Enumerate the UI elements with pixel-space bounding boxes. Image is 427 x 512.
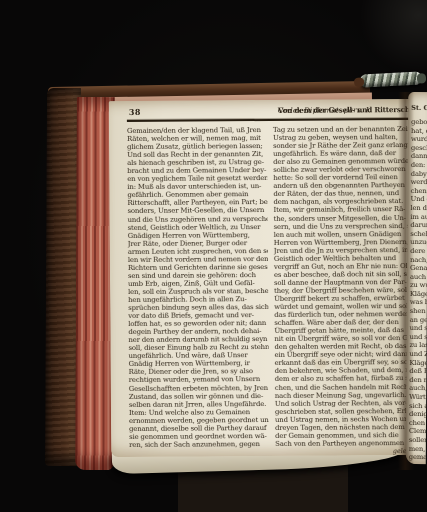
right-page-text-fragments: gebotten nhat, daß Zwurde, ogeschriebeda… xyxy=(409,118,427,462)
left-page: 38 Codex Diplomat. pars. I. Von dem der … xyxy=(109,99,419,457)
right-page-header-fragment: St. Geo xyxy=(411,104,427,112)
headband-endband xyxy=(360,71,423,87)
header-fraktur-part: Von dem der Gesell- und Ritterschafft xyxy=(278,105,419,115)
text-column-left: Gemainen/den der klagend Tail, uß JrenRä… xyxy=(127,126,269,451)
right-page-strip: St. Geo gebotten nhat, daß Zwurde, ogesc… xyxy=(406,92,427,464)
header-title: Codex Diplomat. pars. I. Von dem der Ges… xyxy=(149,105,407,107)
photo-open-antique-book: 38 Codex Diplomat. pars. I. Von dem der … xyxy=(0,0,427,512)
page-number: 38 xyxy=(129,107,141,117)
text-column-right: Tag zu setzen und an der benannten ZeitU… xyxy=(273,125,415,450)
running-header: 38 Codex Diplomat. pars. I. Von dem der … xyxy=(127,105,409,119)
